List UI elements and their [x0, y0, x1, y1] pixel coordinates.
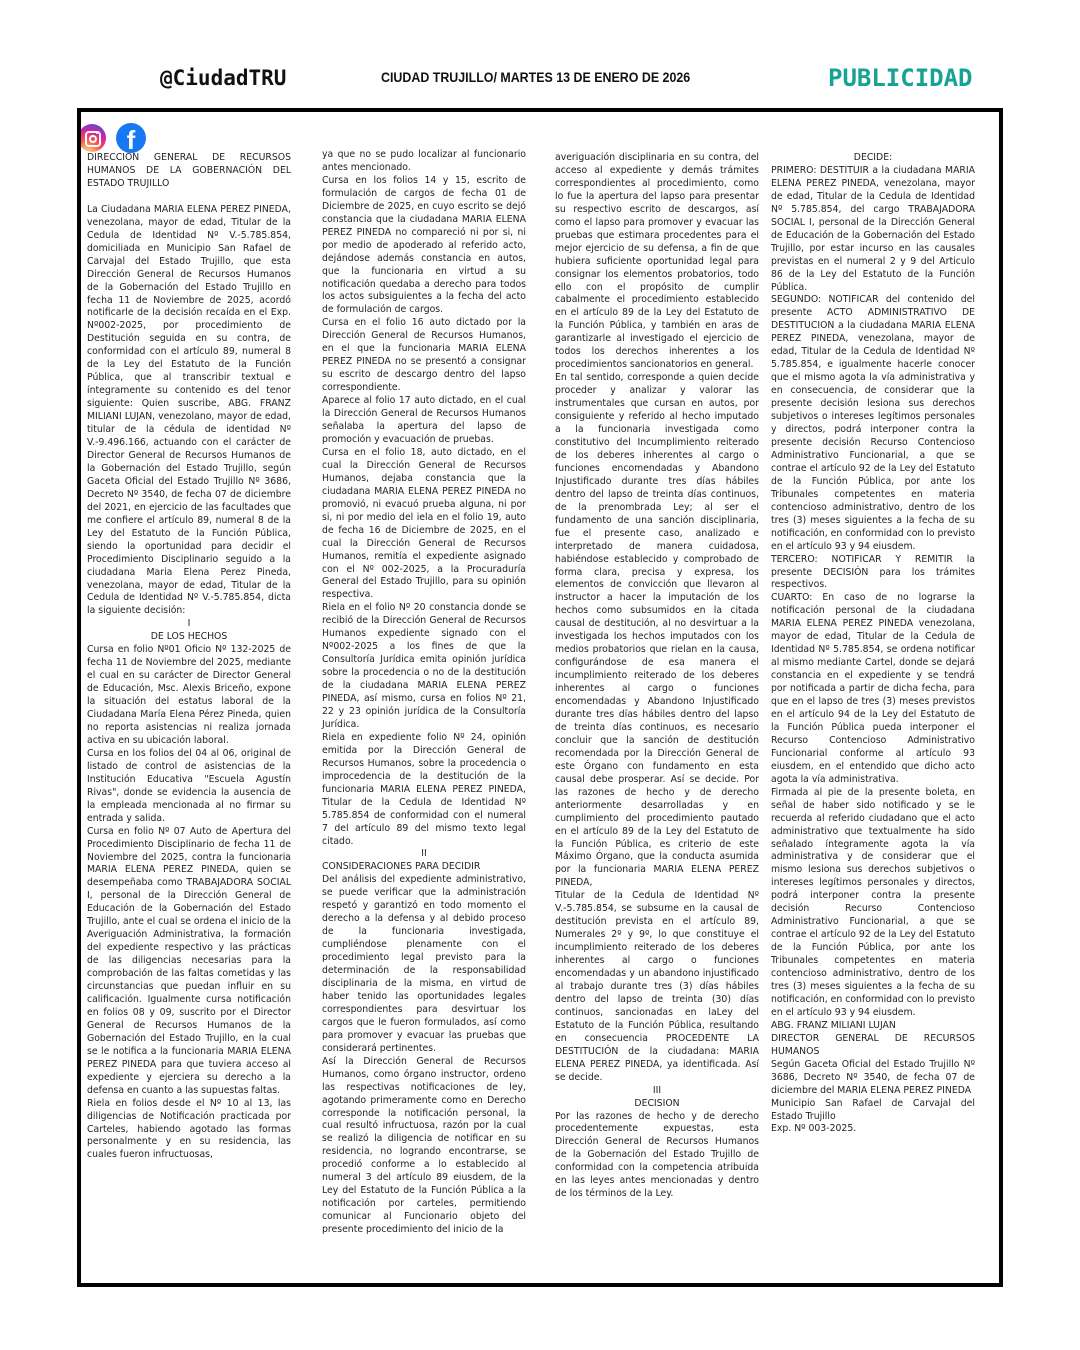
signatory-location: Municipio San Rafael de Carvajal del Est…: [771, 1098, 975, 1124]
signatory-gazette: Según Gaceta Oficial del Estado Trujillo…: [771, 1059, 975, 1098]
paragraph: Por las razones de hecho y de derecho pr…: [555, 1111, 759, 1202]
paragraph: Firmada al pie de la presente boleta, en…: [771, 787, 975, 1020]
section-number: I: [87, 618, 291, 631]
notice-column-3: averiguación disciplinaria en su contra,…: [555, 152, 759, 1201]
notice-column-1: DIRECCION GENERAL DE RECURSOS HUMANOS DE…: [87, 152, 291, 1162]
paragraph: Cursa en el folio 18, auto dictado, en e…: [322, 447, 526, 602]
paragraph: CUARTO: En caso de no lograrse la notifi…: [771, 592, 975, 786]
paragraph: Aparece al folio 17 auto dictado, en el …: [322, 395, 526, 447]
paragraph: Riela en el folio Nº 20 constancia donde…: [322, 602, 526, 732]
paragraph: Cursa en folio Nº 07 Auto de Apertura de…: [87, 826, 291, 1098]
paragraph: TERCERO: NOTIFICAR Y REMITIR la presente…: [771, 554, 975, 593]
paragraph: averiguación disciplinaria en su contra,…: [555, 152, 759, 372]
section-heading: DECISION: [555, 1098, 759, 1111]
notice-column-2: ya que no se pudo localizar al funcionar…: [322, 149, 526, 1237]
paragraph: Cursa en el folio 16 auto dictado por la…: [322, 317, 526, 395]
social-handle[interactable]: @CiudadTRU: [160, 66, 286, 90]
paragraph: Riela en expediente folio Nº 24, opinión…: [322, 732, 526, 849]
paragraph: SEGUNDO: NOTIFICAR del contenido del pre…: [771, 294, 975, 553]
case-number: Exp. Nº 003-2025.: [771, 1123, 975, 1136]
notice-column-4: DECIDE: PRIMERO: DESTITUIR a la ciudadan…: [771, 152, 975, 1136]
section-number: II: [322, 848, 526, 861]
paragraph: Del análisis del expediente administrati…: [322, 874, 526, 1055]
paragraph: Cursa en los folios 14 y 15, escrito de …: [322, 175, 526, 317]
paragraph: Riela en folios desde el Nº 10 al 13, la…: [87, 1098, 291, 1163]
section-label: PUBLICIDAD: [828, 64, 973, 92]
section-number: III: [555, 1085, 759, 1098]
dateline: CIUDAD TRUJILLO/ MARTES 13 DE ENERO DE 2…: [381, 70, 690, 85]
decision-heading: DECIDE:: [771, 152, 975, 165]
paragraph: Cursa en folio Nº01 Oficio Nº 132-2025 d…: [87, 644, 291, 748]
paragraph: ya que no se pudo localizar al funcionar…: [322, 149, 526, 175]
issuer-heading: DIRECCION GENERAL DE RECURSOS HUMANOS DE…: [87, 152, 291, 191]
signatory-name: ABG. FRANZ MILIANI LUJAN: [771, 1020, 975, 1033]
section-heading: CONSIDERACIONES PARA DECIDIR: [322, 861, 526, 874]
section-heading: DE LOS HECHOS: [87, 631, 291, 644]
signatory-title: DIRECTOR GENERAL DE RECURSOS HUMANOS: [771, 1033, 975, 1059]
paragraph: Así la Dirección General de Recursos Hum…: [322, 1056, 526, 1237]
paragraph: Cursa en los folios del 04 al 06, origin…: [87, 748, 291, 826]
paragraph: PRIMERO: DESTITUIR a la ciudadana MARIA …: [771, 165, 975, 295]
paragraph: La Ciudadana MARIA ELENA PEREZ PINEDA, v…: [87, 204, 291, 619]
paragraph: En tal sentido, corresponde a quien deci…: [555, 372, 759, 890]
paragraph: Titular de la Cedula de Identidad Nº V.-…: [555, 890, 759, 1084]
